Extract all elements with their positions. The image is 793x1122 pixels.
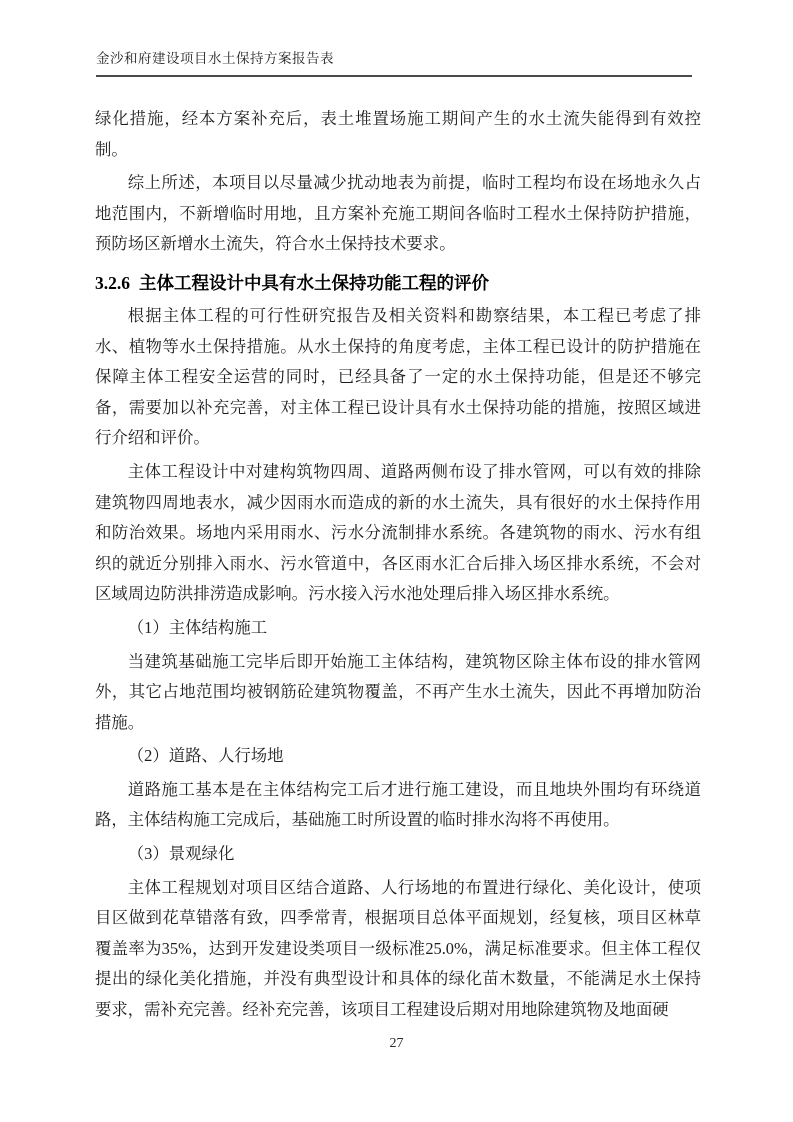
sub-item-1-title: （1）主体结构施工 <box>95 613 701 644</box>
header-title: 金沙和府建设项目水土保持方案报告表 <box>96 51 334 66</box>
paragraph-item-2: 道路施工基本是在主体结构完工后才进行施工建设，而且地块外围均有环绕道路，主体结构… <box>95 775 701 836</box>
document-body: 绿化措施，经本方案补充后，表土堆置场施工期间产生的水土流失能得到有效控制。 综上… <box>95 104 701 1029</box>
paragraph-basis: 根据主体工程的可行性研究报告及相关资料和勘察结果，本工程已考虑了排水、植物等水土… <box>95 301 701 454</box>
page-number: 27 <box>390 1036 404 1051</box>
paragraph-summary: 综上所述，本项目以尽量减少扰动地表为前提，临时工程均布设在场地永久占地范围内，不… <box>95 168 701 260</box>
paragraph-item-1: 当建筑基础施工完毕后即开始施工主体结构，建筑物区除主体布设的排水管网外，其它占地… <box>95 647 701 739</box>
section-title: 主体工程设计中具有水土保持功能工程的评价 <box>139 273 489 293</box>
paragraph-item-3: 主体工程规划对项目区结合道路、人行场地的布置进行绿化、美化设计，使项目区做到花草… <box>95 873 701 1026</box>
sub-item-2-title: （2）道路、人行场地 <box>95 741 701 772</box>
page-footer: 27 <box>0 1036 793 1052</box>
page-header: 金沙和府建设项目水土保持方案报告表 <box>96 50 692 77</box>
paragraph-intro-tail: 绿化措施，经本方案补充后，表土堆置场施工期间产生的水土流失能得到有效控制。 <box>95 104 701 165</box>
paragraph-drainage: 主体工程设计中对建构筑物四周、道路两侧布设了排水管网，可以有效的排除建筑物四周地… <box>95 457 701 610</box>
document-page: 金沙和府建设项目水土保持方案报告表 绿化措施，经本方案补充后，表土堆置场施工期间… <box>0 0 793 1122</box>
section-number: 3.2.6 <box>95 273 130 293</box>
sub-item-3-title: （3）景观绿化 <box>95 839 701 870</box>
section-heading: 3.2.6主体工程设计中具有水土保持功能工程的评价 <box>95 269 701 297</box>
